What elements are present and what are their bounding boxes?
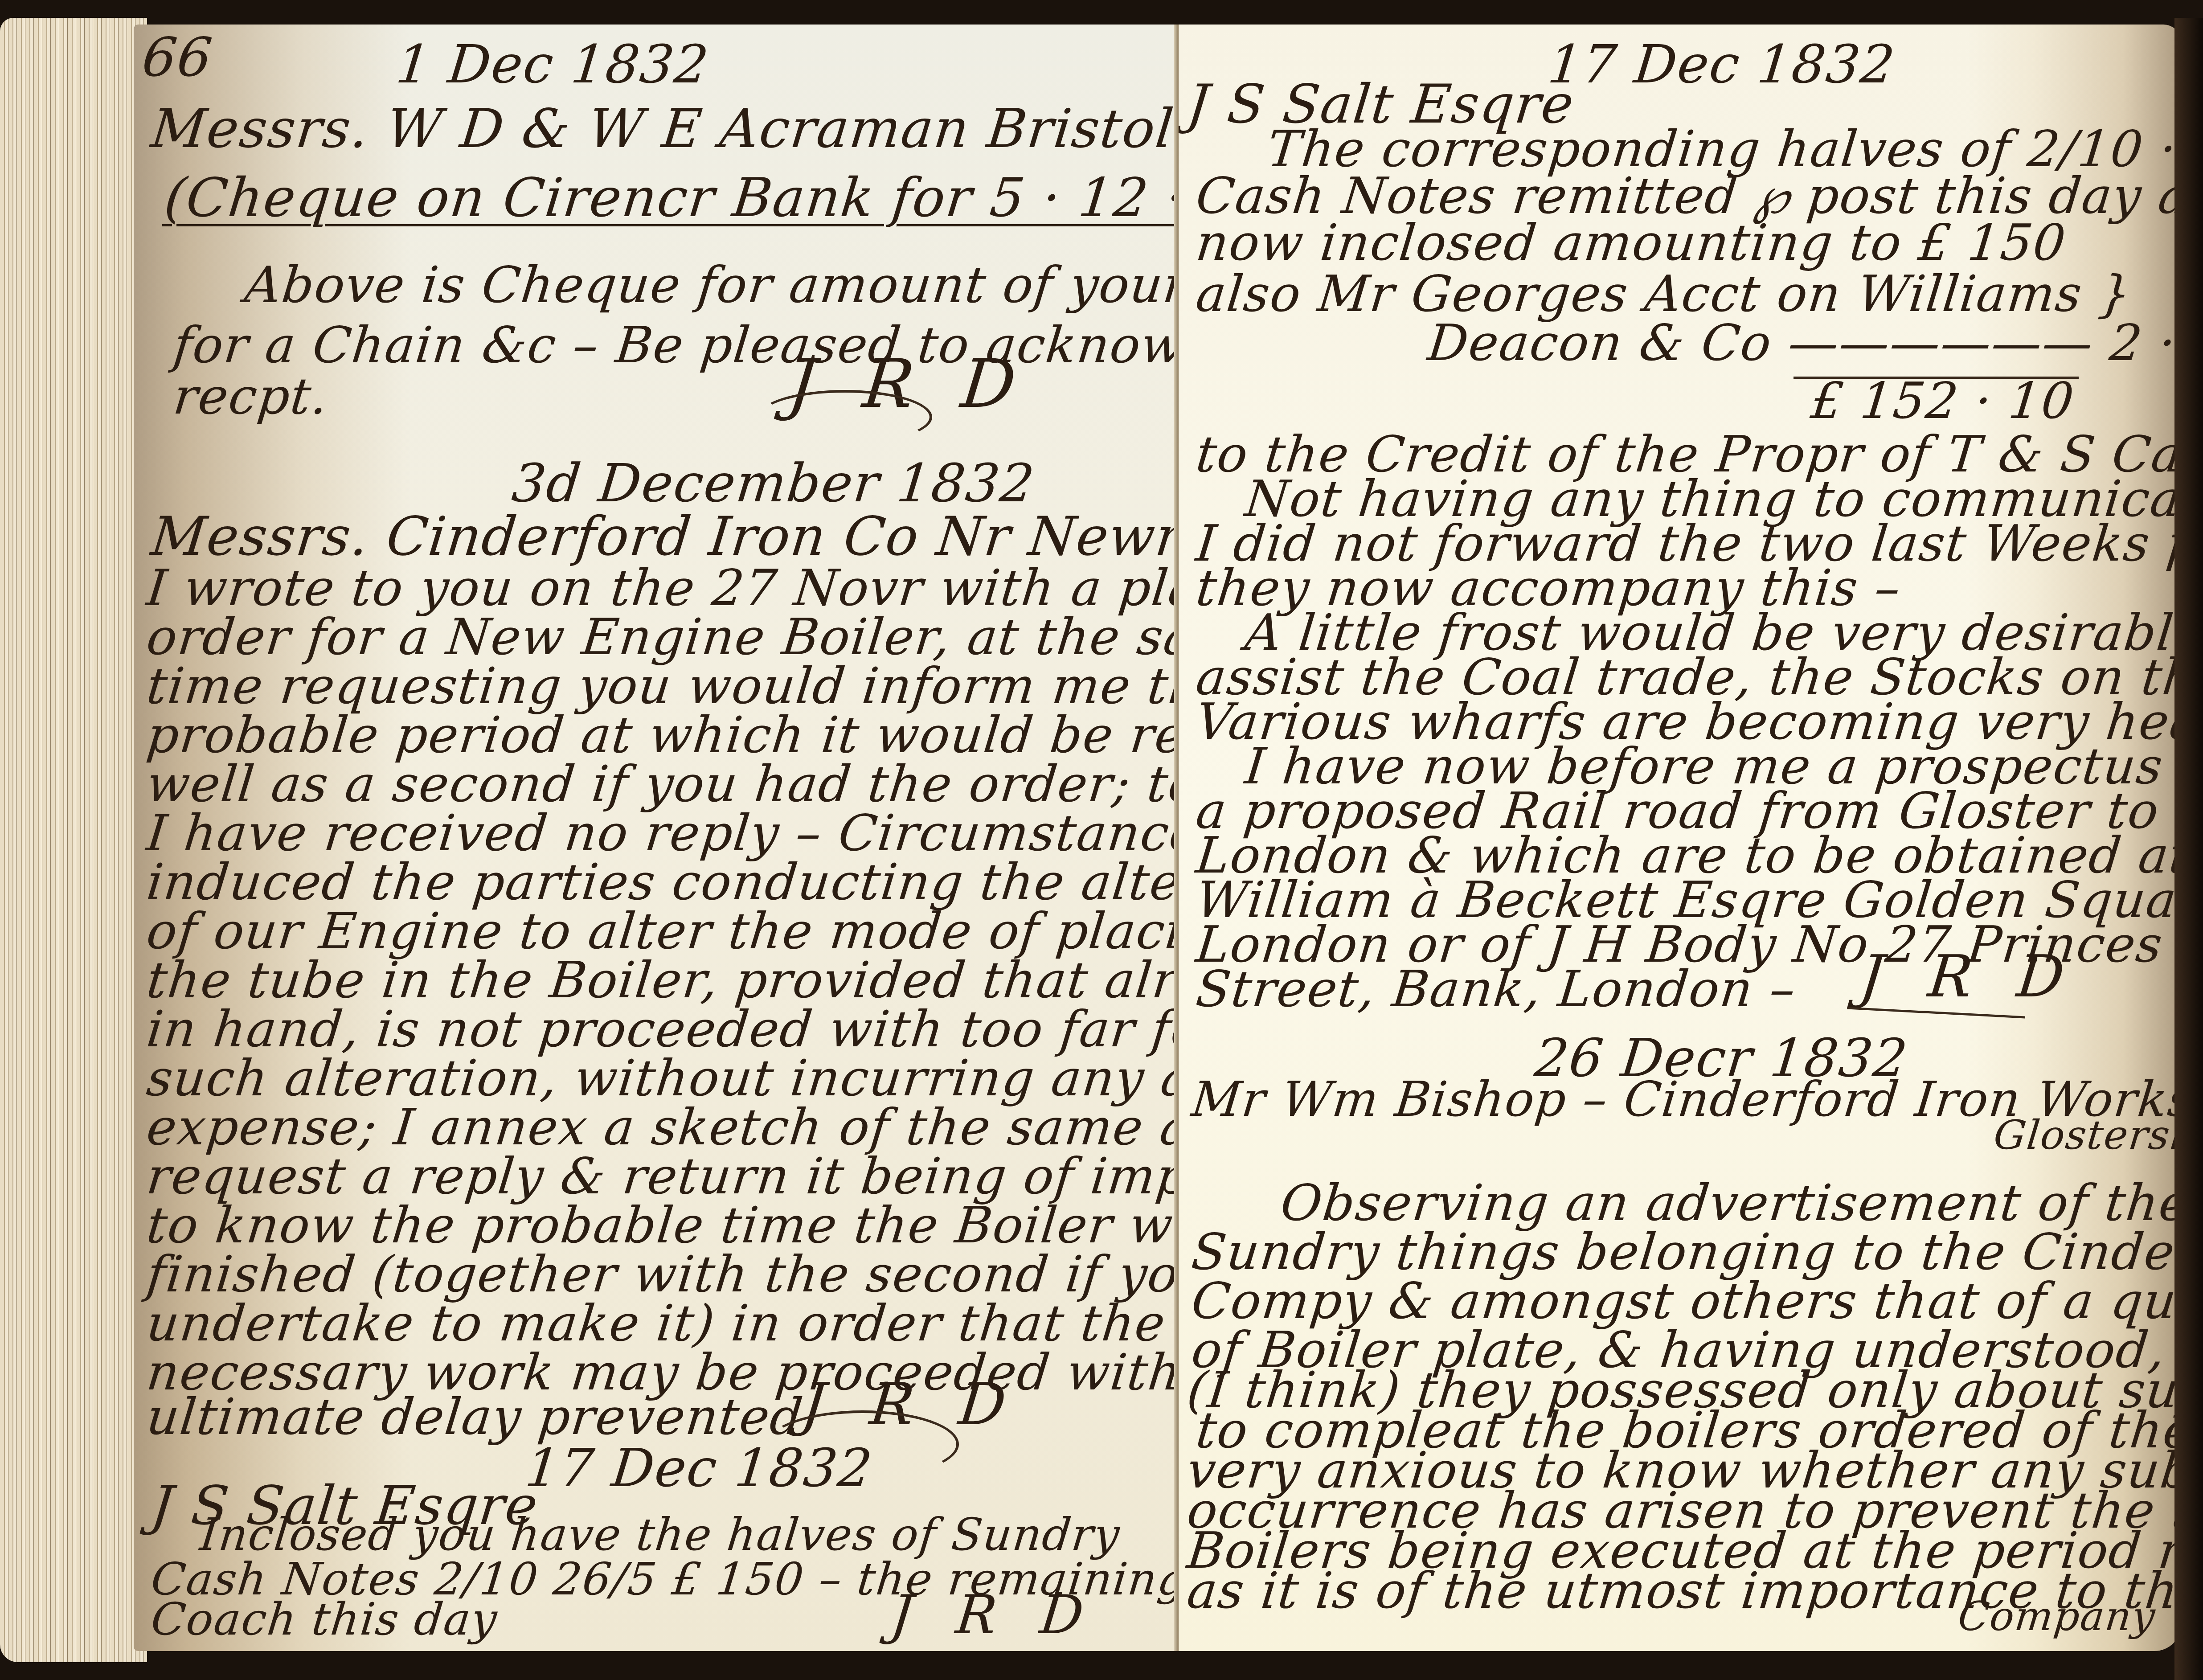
letter-line: now inclosed amounting to £ 150 (1193, 214, 2069, 272)
letter-line: recpt. (171, 368, 332, 426)
entry-date: 17 Dec 1832 (1545, 33, 1899, 95)
letter-line: Coach this day (149, 1593, 500, 1645)
grand-total: £ 152 · 10 (1808, 372, 2077, 430)
entry-addressee: Messrs. Cinderford Iron Co Nr Newnham (148, 506, 1179, 568)
right-page: 17 Dec 1832 J S Salt Esqre The correspon… (1179, 25, 2181, 1651)
entry-date: 17 Dec 1832 (523, 1437, 876, 1499)
page-stack-edge (0, 18, 147, 1662)
signature: J R D (888, 1584, 1100, 1646)
left-page: 66 1 Dec 1832 Messrs. W D & W E Acraman … (134, 25, 1179, 1651)
letter-line: Company (1956, 1593, 2158, 1640)
signature: J R D (1857, 942, 2081, 1010)
entry-addressee-county: Glostershire (1991, 1112, 2181, 1159)
book-cover-edge (2174, 18, 2203, 1680)
entry-subject: (Cheque on Cirencr Bank for 5 · 12 · 0) (162, 167, 1179, 229)
letter-line: Above is Cheque for amount of your bill (242, 256, 1179, 314)
page-number: 66 (139, 27, 216, 89)
letter-line: Deacon & Co —————— 2 · 10 (1425, 314, 2181, 372)
signature-flourish (758, 390, 932, 444)
entry-date: 3d December 1832 (509, 452, 1038, 514)
entry-addressee: Messrs. W D & W E Acraman Bristol (148, 98, 1177, 160)
letter-line: Street, Bank, London – (1193, 960, 1799, 1018)
entry-date: 1 Dec 1832 (393, 33, 712, 95)
open-letter-book: 66 1 Dec 1832 Messrs. W D & W E Acraman … (0, 0, 2203, 1680)
